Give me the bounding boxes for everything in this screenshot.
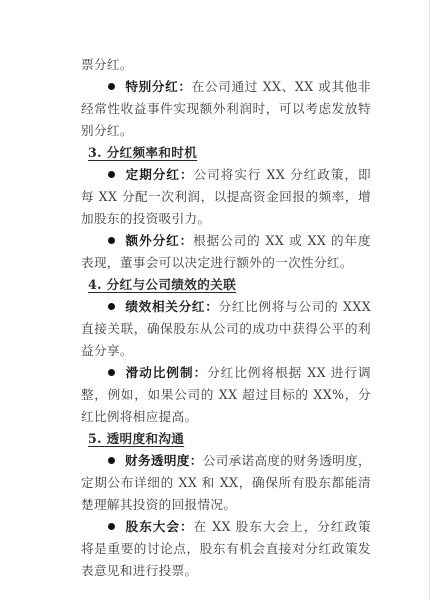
- bullet-icon: [108, 369, 115, 376]
- document-body: 票分红。 特别分红：在公司通过 XX、XX 或其他非经常性收益事件实现额外利润时…: [81, 54, 371, 582]
- bullet-icon: [108, 83, 115, 90]
- item-label: 股东大会：: [125, 519, 194, 534]
- item-label: 额外分红：: [125, 233, 193, 248]
- item-label: 财务透明度：: [125, 453, 203, 468]
- item-label: 绩效相关分红：: [125, 299, 219, 314]
- bullet-regular-dividend: 定期分红：公司将实行 XX 分红政策，即每 XX 分配一次利润，以提高资金回报的…: [81, 164, 371, 230]
- page-edge: [429, 0, 430, 600]
- bullet-sliding-scale: 滑动比例制：分红比例将根据 XX 进行调整，例如，如果公司的 XX 超过目标的 …: [81, 362, 371, 428]
- bullet-financial-transparency: 财务透明度：公司承诺高度的财务透明度，定期公布详细的 XX 和 XX，确保所有股…: [81, 450, 371, 516]
- bullet-extra-dividend: 额外分红：根据公司的 XX 或 XX 的年度表现，董事会可以决定进行额外的一次性…: [81, 230, 371, 274]
- item-label: 定期分红：: [125, 167, 194, 182]
- bullet-shareholder-meeting: 股东大会：在 XX 股东大会上，分红政策将是重要的讨论点，股东有机会直接对分红政…: [81, 516, 371, 582]
- item-label: 滑动比例制：: [125, 365, 207, 380]
- lead-fragment: 票分红。: [81, 54, 371, 76]
- bullet-icon: [108, 237, 115, 244]
- item-label: 特别分红：: [125, 79, 192, 94]
- bullet-icon: [108, 523, 115, 530]
- section-heading-5: 5. 透明度和沟通: [81, 428, 371, 450]
- bullet-icon: [108, 303, 115, 310]
- bullet-special-dividend: 特别分红：在公司通过 XX、XX 或其他非经常性收益事件实现额外利润时，可以考虑…: [81, 76, 371, 142]
- bullet-icon: [108, 457, 115, 464]
- section-heading-4: 4. 分红与公司绩效的关联: [81, 274, 371, 296]
- section-heading-3: 3. 分红频率和时机: [81, 142, 371, 164]
- bullet-icon: [108, 171, 115, 178]
- bullet-performance-dividend: 绩效相关分红：分红比例将与公司的 XXX 直接关联，确保股东从公司的成功中获得公…: [81, 296, 371, 362]
